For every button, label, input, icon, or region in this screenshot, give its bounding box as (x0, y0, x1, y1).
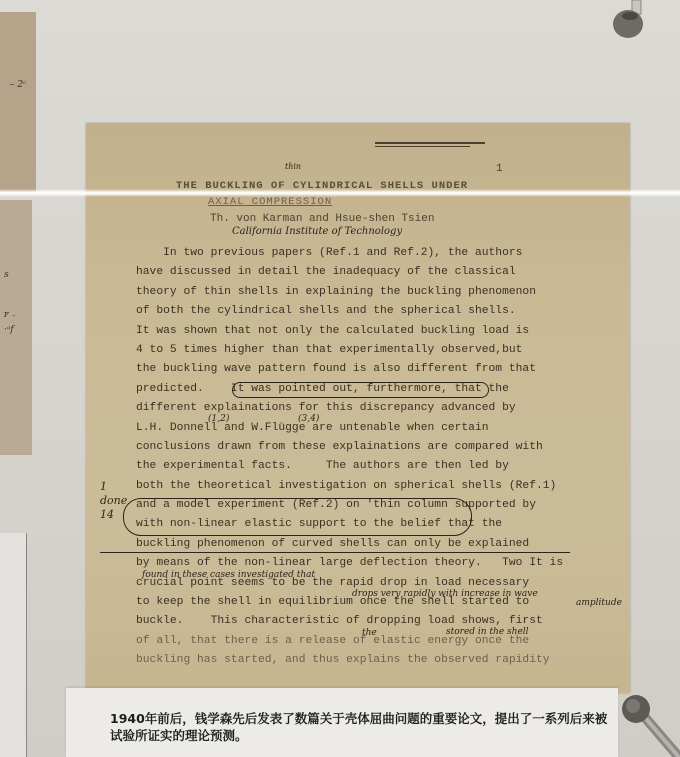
body-line: of both the cylindrical shells and the s… (136, 302, 596, 321)
page-number: 1 (496, 163, 503, 175)
mounting-pin-icon (610, 0, 646, 42)
body-line: L.H. Donnell and W.Flügge are untenable … (136, 419, 596, 438)
title-insertion: thin (285, 162, 301, 171)
document-body: In two previous papers (Ref.1 and Ref.2)… (136, 244, 596, 671)
mounting-pin-icon (614, 692, 680, 757)
margin-note: done (100, 494, 127, 508)
margin-note: 1 (100, 480, 127, 494)
body-line: both the theoretical investigation on sp… (136, 477, 596, 496)
fragment-text: ·ᵃf (4, 325, 14, 335)
adjacent-document-fragment: s ꜰ ₋ ·ᵃf (0, 200, 32, 455)
glass-glare (0, 189, 680, 197)
ink-rule (375, 146, 470, 147)
institution-handwritten: California Institute of Technology (232, 226, 402, 237)
adjacent-caption-card (0, 533, 27, 757)
annotation-insert: found in these cases investigated that (142, 570, 315, 580)
body-line: buckling has started, and thus explains … (136, 651, 596, 670)
annotation-loop (123, 498, 472, 536)
caption-text: 1940年前后，钱学森先后发表了数篇关于壳体屈曲问题的重要论文，提出了一系列后来… (110, 710, 610, 744)
margin-note: 14 (100, 508, 127, 522)
ink-rule (375, 142, 485, 144)
annotation-insert: drops very rapidly with increase in wave (352, 589, 538, 599)
exhibit-caption-card: 1940年前后，钱学森先后发表了数篇关于壳体屈曲问题的重要论文，提出了一系列后来… (66, 688, 618, 757)
body-line: In two previous papers (Ref.1 and Ref.2)… (136, 244, 596, 263)
body-line: the buckling wave pattern found is also … (136, 360, 596, 379)
body-line: the experimental facts. The authors are … (136, 457, 596, 476)
body-line: theory of thin shells in explaining the … (136, 283, 596, 302)
annotation-ref: (3,4) (298, 414, 319, 424)
body-line: conclusions drawn from these explainatio… (136, 438, 596, 457)
body-line: have discussed in detail the inadequacy … (136, 263, 596, 282)
adjacent-document-fragment: – 2ᶜ (0, 12, 36, 192)
body-line: different explainations for this discrep… (136, 399, 596, 418)
document-authors: Th. von Karman and Hsue-shen Tsien (210, 213, 434, 225)
body-line: It was shown that not only the calculate… (136, 322, 596, 341)
annotation-insert: amplitude (576, 598, 622, 608)
fragment-text: s (4, 270, 9, 280)
document-title-line2: AXIAL COMPRESSION (208, 196, 332, 208)
fragment-text: ꜰ ₋ (4, 310, 16, 320)
annotation-loop (232, 382, 489, 398)
margin-notes: 1 done 14 (100, 480, 127, 522)
annotation-insert: the (362, 628, 377, 638)
annotation-insert: stored in the shell (446, 627, 529, 637)
annotation-ref: (1,2) (208, 414, 229, 424)
fragment-text: – 2ᶜ (10, 80, 26, 90)
annotation-rule (100, 552, 570, 553)
body-line: 4 to 5 times higher than that experiment… (136, 341, 596, 360)
